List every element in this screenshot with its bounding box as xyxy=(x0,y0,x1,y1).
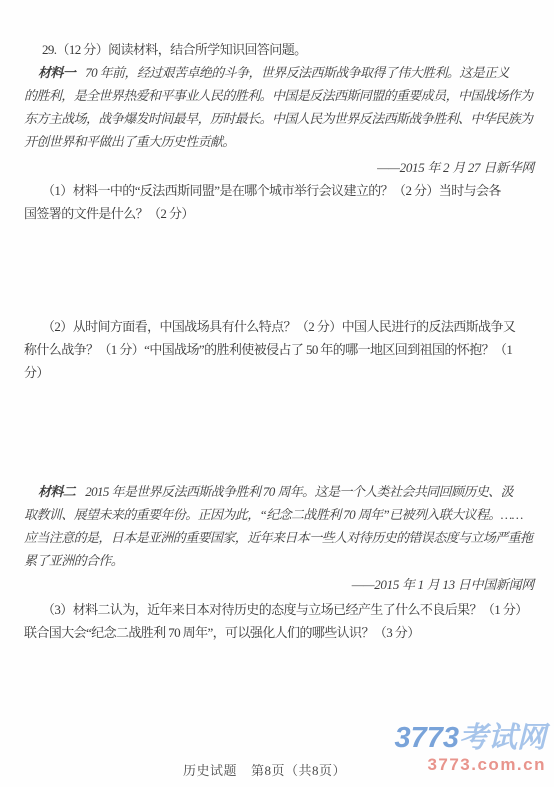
material-1-line-2: 的胜利，是全世界热爱和平事业人民的胜利。中国是反法西斯同盟的重要成员，中国战场作… xyxy=(24,84,534,107)
question-3-line-2: 联合国大会“纪念二战胜利 70 周年”，可以强化人们的哪些认识？（3 分） xyxy=(24,621,534,644)
material-1-line-4: 开创世界和平做出了重大历史性贡献。 xyxy=(24,130,534,153)
question-2-line-1: （2）从时间方面看，中国战场具有什么特点？（2 分）中国人民进行的反法西斯战争又 xyxy=(24,315,534,338)
watermark-3773: 3773考试网 3773.com.cn xyxy=(394,724,546,773)
question-2-line-3: 分） xyxy=(24,361,534,384)
material-2-label: 材料二 xyxy=(38,484,75,499)
material-2-line-1: 2015 年是世界反法西斯战争胜利 70 周年。这是一个人类社会共同回顾历史、汲 xyxy=(85,484,513,499)
watermark-brand-number: 3773 xyxy=(394,722,459,754)
footer-exam-title: 历史试题 xyxy=(183,763,237,778)
footer-page-number: 第8页（共8页） xyxy=(251,763,346,778)
watermark-brand-name: 考试网 xyxy=(459,722,546,754)
exam-page-content: 29.（12 分）阅读材料，结合所学知识回答问题。 材料一70 年前，经过艰苦卓… xyxy=(24,38,534,644)
material-2-line-2: 取教训、展望未来的重要年份。正因为此，“纪念二战胜利 70 周年”已被列入联大议… xyxy=(24,503,534,526)
question-29-header: 29.（12 分）阅读材料，结合所学知识回答问题。 xyxy=(24,38,534,61)
material-2-source: ——2015 年 1 月 13 日中国新闻网 xyxy=(24,573,534,596)
material-1-label: 材料一 xyxy=(38,65,75,80)
question-1-line-2: 国签署的文件是什么？（2 分） xyxy=(24,202,534,225)
text-line: 材料二2015 年是世界反法西斯战争胜利 70 周年。这是一个人类社会共同回顾历… xyxy=(24,480,534,503)
material-2-paragraph: 材料二2015 年是世界反法西斯战争胜利 70 周年。这是一个人类社会共同回顾历… xyxy=(24,480,534,572)
page-footer: 历史试题第8页（共8页） xyxy=(183,760,346,779)
question-3-text: （3）材料二认为，近年来日本对待历史的态度与立场已经产生了什么不良后果？（1 分… xyxy=(24,598,534,644)
material-1-line-3: 东方主战场，战争爆发时间最早，历时最长。中国人民为世界反法西斯战争胜利、中华民族… xyxy=(24,107,534,130)
material-2-line-3: 应当注意的是，日本是亚洲的重要国家，近年来日本一些人对待历史的错误态度与立场严重… xyxy=(24,526,534,549)
question-3-line-1: （3）材料二认为，近年来日本对待历史的态度与立场已经产生了什么不良后果？（1 分… xyxy=(24,598,534,621)
material-1-paragraph: 材料一70 年前，经过艰苦卓绝的斗争，世界反法西斯战争取得了伟大胜利。这是正义 … xyxy=(24,61,534,153)
question-2-line-2: 称什么战争？（1 分）“中国战场”的胜利使被侵占了 50 年的哪一地区回到祖国的… xyxy=(24,338,534,361)
question-1-line-1: （1）材料一中的“反法西斯同盟”是在哪个城市举行会议建立的？（2 分）当时与会各 xyxy=(24,179,534,202)
material-2-line-4: 累了亚洲的合作。 xyxy=(24,549,534,572)
material-1-source: ——2015 年 2 月 27 日新华网 xyxy=(24,156,534,179)
question-2-text: （2）从时间方面看，中国战场具有什么特点？（2 分）中国人民进行的反法西斯战争又… xyxy=(24,315,534,384)
watermark-domain: 3773.com.cn xyxy=(394,756,546,773)
text-line: 材料一70 年前，经过艰苦卓绝的斗争，世界反法西斯战争取得了伟大胜利。这是正义 xyxy=(24,61,534,84)
material-1-line-1: 70 年前，经过艰苦卓绝的斗争，世界反法西斯战争取得了伟大胜利。这是正义 xyxy=(85,65,509,80)
question-1-text: （1）材料一中的“反法西斯同盟”是在哪个城市举行会议建立的？（2 分）当时与会各… xyxy=(24,179,534,225)
watermark-brand: 3773考试网 xyxy=(394,724,546,753)
